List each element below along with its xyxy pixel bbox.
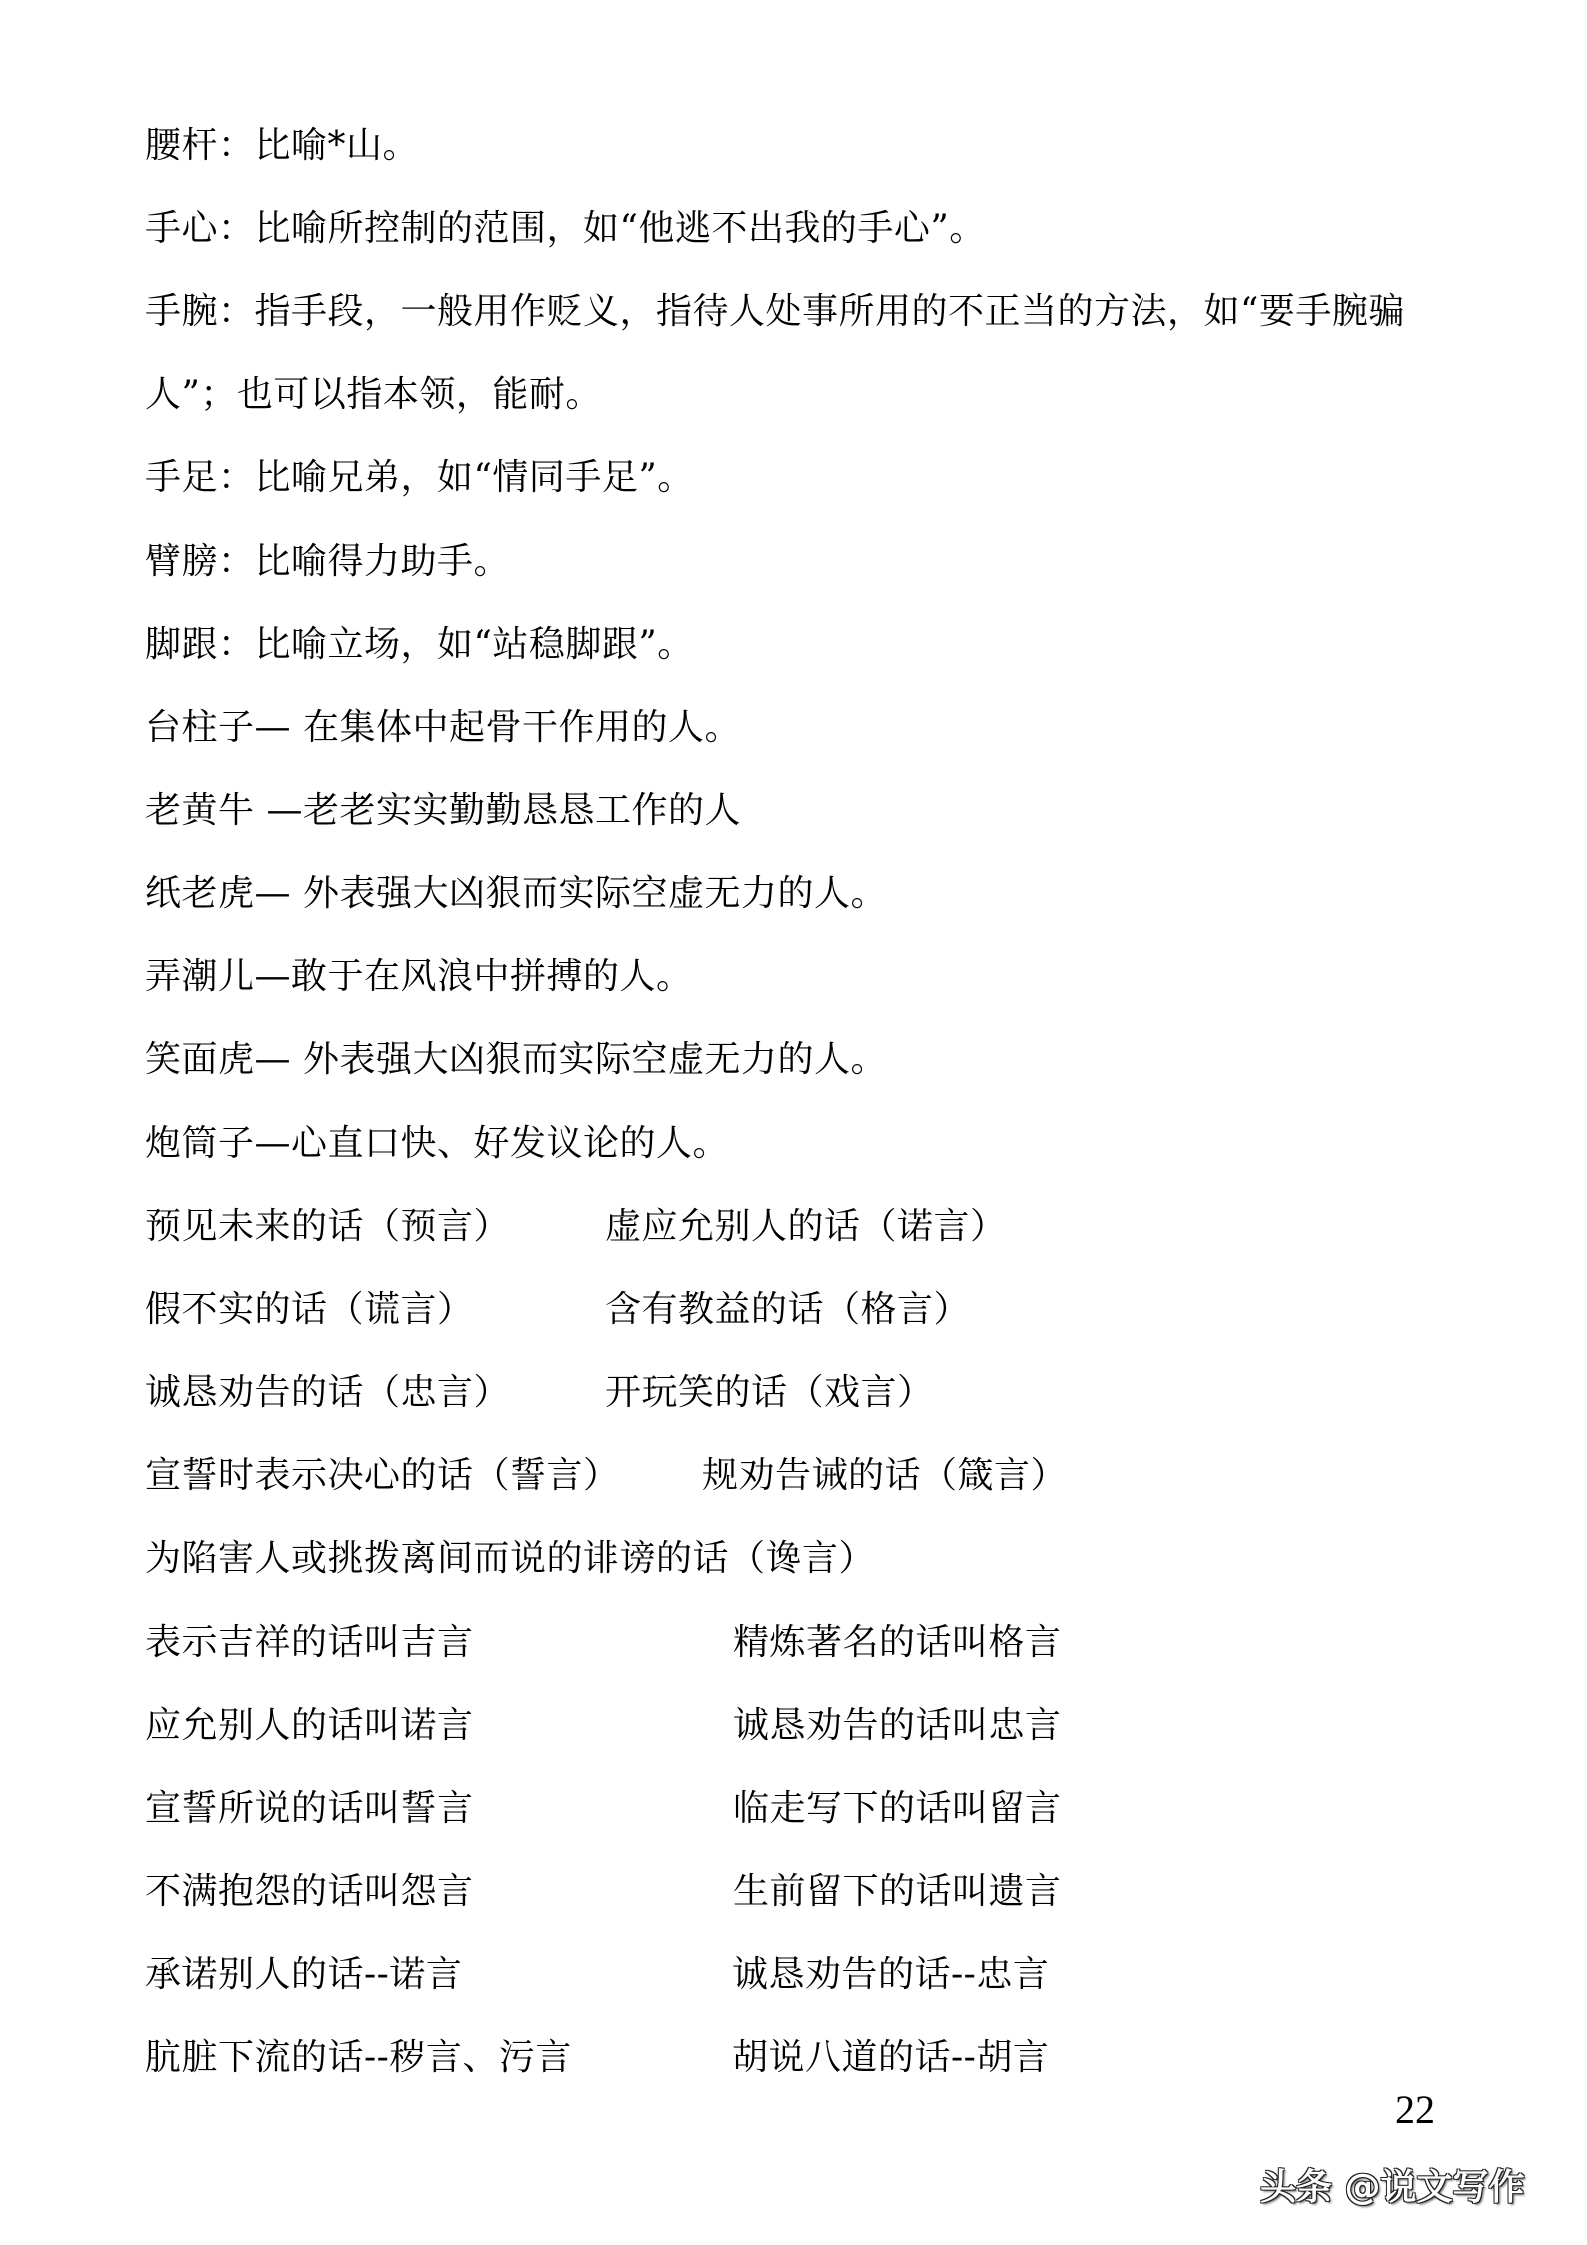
text-line-tide-rider: 弄潮儿—敢于在风浪中拼搏的人。: [145, 955, 693, 999]
text-line-smiling-tiger: 笑面虎— 外表强大凶狠而实际空虚无力的人。: [145, 1038, 887, 1082]
text-line-heel: 脚跟：比喻立场，如“站稳脚跟”。: [145, 623, 694, 667]
pair-left: 预见未来的话（预言）: [145, 1205, 510, 1249]
pair-left: 承诺别人的话--诺言: [145, 1953, 462, 1997]
pair-right: 精炼著名的话叫格言: [733, 1621, 1062, 1665]
text-line-slander: 为陷害人或挑拨离间而说的诽谤的话（谗言）: [145, 1537, 875, 1581]
pair-right: 诚恳劝告的话--忠言: [732, 1953, 1049, 1997]
pair-left: 不满抱怨的话叫怨言: [145, 1870, 474, 1914]
pair-left: 肮脏下流的话--秽言、污言: [145, 2036, 572, 2080]
text-line-wrist-cont: 人”；也可以指本领，能耐。: [145, 373, 602, 417]
text-line-old-ox: 老黄牛 —老老实实勤勤恳恳工作的人: [145, 789, 741, 833]
text-line-palm: 手心：比喻所控制的范围，如“他逃不出我的手心”。: [145, 207, 986, 251]
pair-right: 胡说八道的话--胡言: [732, 2036, 1049, 2080]
pair-right: 诚恳劝告的话叫忠言: [733, 1704, 1062, 1748]
watermark-text: 头条 @说文写作: [1260, 2166, 1525, 2210]
text-line-arm: 臂膀：比喻得力助手。: [145, 540, 510, 584]
text-line-paper-tiger: 纸老虎— 外表强大凶狠而实际空虚无力的人。: [145, 872, 887, 916]
pair-right: 开玩笑的话（戏言）: [605, 1371, 934, 1415]
page-number: 22: [1395, 2088, 1435, 2132]
text-line-wrist: 手腕：指手段，一般用作贬义，指待人处事所用的不正当的方法，如“要手腕骗: [145, 290, 1405, 334]
pair-left: 假不实的话（谎言）: [145, 1288, 474, 1332]
pair-left: 诚恳劝告的话（忠言）: [145, 1371, 510, 1415]
pair-left: 宣誓时表示决心的话（誓言）: [145, 1454, 620, 1498]
pair-left: 宣誓所说的话叫誓言: [145, 1787, 474, 1831]
pair-left: 表示吉祥的话叫吉言: [145, 1621, 474, 1665]
text-line-pillar: 台柱子— 在集体中起骨干作用的人。: [145, 706, 741, 750]
pair-right: 规劝告诫的话（箴言）: [702, 1454, 1067, 1498]
text-line-waist: 腰杆：比喻*山。: [145, 124, 419, 168]
pair-right: 临走写下的话叫留言: [733, 1787, 1062, 1831]
pair-right: 虚应允别人的话（诺言）: [605, 1205, 1007, 1249]
pair-left: 应允别人的话叫诺言: [145, 1704, 474, 1748]
pair-right: 含有教益的话（格言）: [605, 1288, 970, 1332]
pair-right: 生前留下的话叫遗言: [733, 1870, 1062, 1914]
document-page: 腰杆：比喻*山。 手心：比喻所控制的范围，如“他逃不出我的手心”。 手腕：指手段…: [0, 0, 1587, 2245]
text-line-cannon: 炮筒子—心直口快、好发议论的人。: [145, 1122, 729, 1166]
text-line-hands-feet: 手足：比喻兄弟，如“情同手足”。: [145, 456, 694, 500]
